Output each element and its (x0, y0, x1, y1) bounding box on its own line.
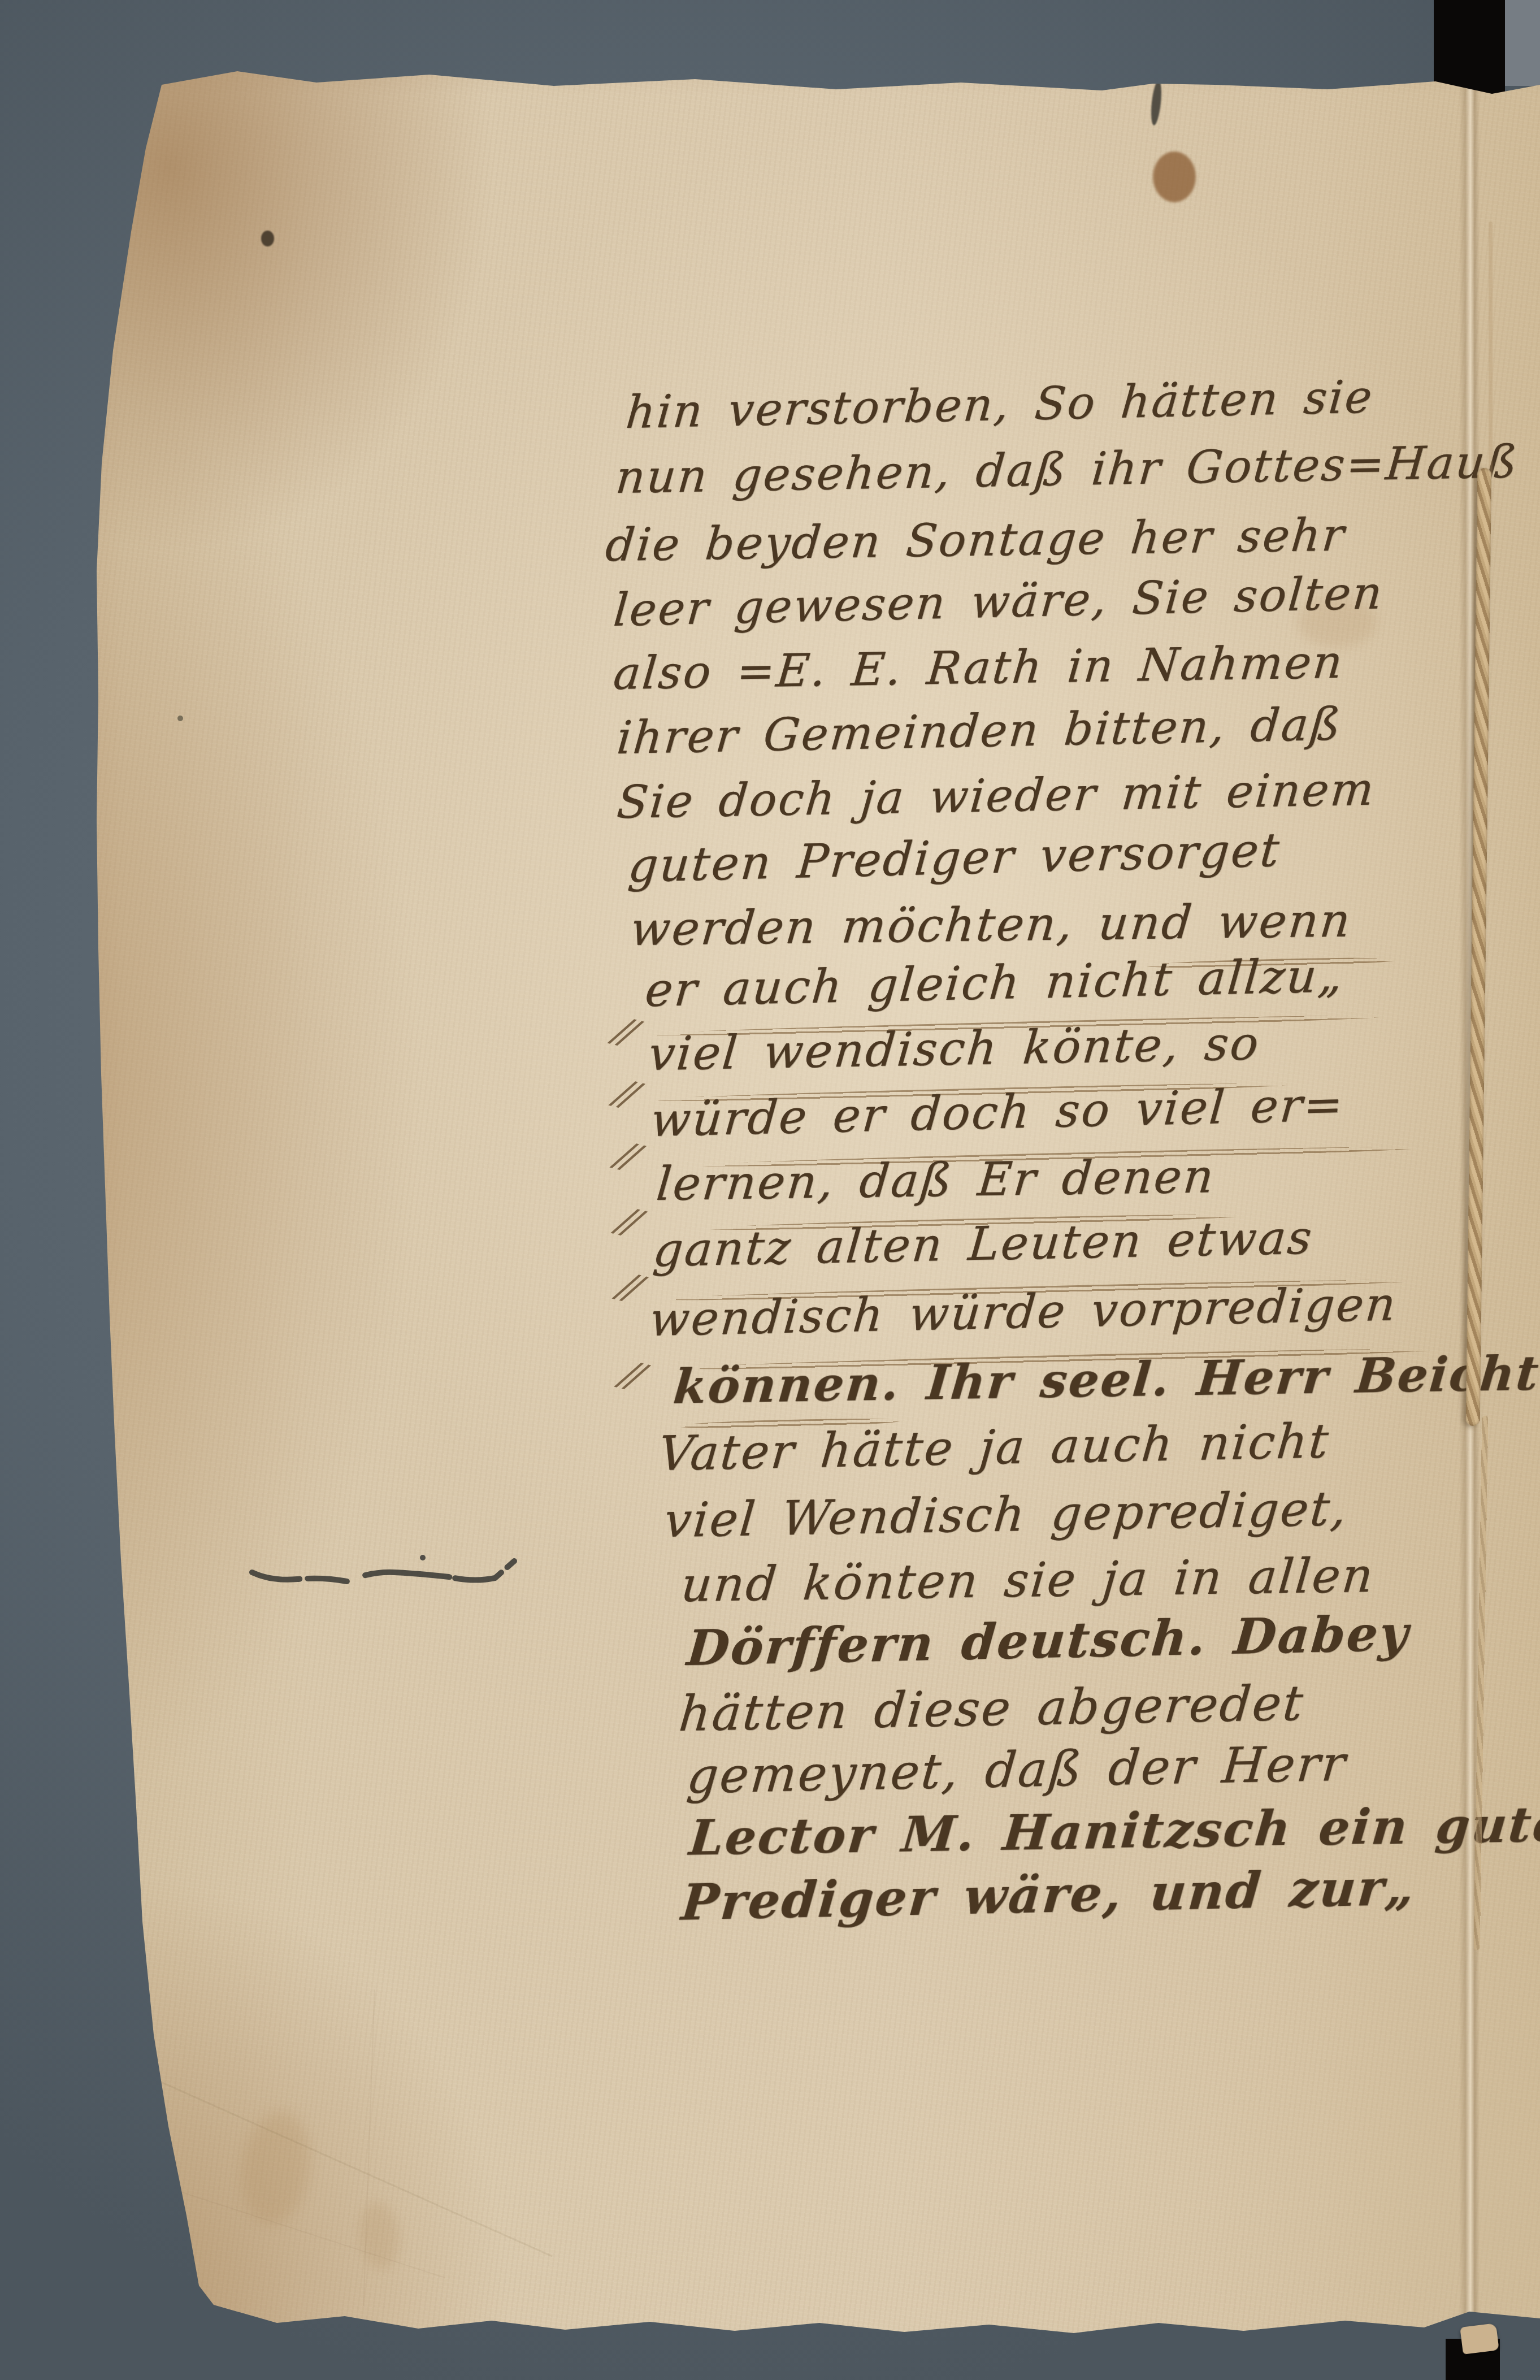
manuscript-line: Vater hätte ja auch nicht (657, 1417, 1331, 1477)
manuscript-line: würde er doch so viel er= (649, 1082, 1347, 1144)
manuscript-line: nun gesehen, daß ihr Gottes=Hauß (614, 439, 1520, 500)
margin-revision-mark: // (610, 1134, 642, 1177)
edge-ink-drip (1149, 80, 1163, 125)
manuscript-line: also =E. E. Rath in Nahmen (611, 640, 1346, 696)
manuscript-line: guten Prediger versorget (627, 827, 1283, 890)
scan-background: //////////// hin verstorben, So hätten s… (0, 0, 1540, 2380)
margin-revision-mark: // (611, 1200, 643, 1242)
small-speck (177, 716, 183, 721)
manuscript-line: werden möchten, und wenn (628, 898, 1354, 953)
manuscript-line: er auch gleich nicht allzu„ (644, 953, 1346, 1014)
manuscript-line: können. Ihr seel. Herr Beicht= (671, 1349, 1540, 1411)
manuscript-line: wendisch würde vorpredigen (648, 1281, 1399, 1343)
manuscript-page: //////////// hin verstorben, So hätten s… (0, 0, 1540, 2380)
margin-revision-mark: // (612, 1265, 644, 1308)
small-speck (194, 2292, 201, 2299)
margin-revision-mark: // (609, 1072, 641, 1115)
manuscript-line: viel wendisch könte, so (647, 1021, 1261, 1078)
manuscript-line: leer gewesen wäre, Sie solten (612, 570, 1386, 633)
manuscript-line: Dörffern deutsch. Dabey (685, 1609, 1411, 1673)
corner-fold-crease (176, 2190, 445, 2278)
corner-fold-crease (159, 2081, 553, 2257)
background-strip-top-right (1505, 0, 1540, 86)
manuscript-line: lernen, daß Er denen (654, 1154, 1217, 1208)
manuscript-line: hin verstorben, So hätten sie (624, 374, 1376, 435)
manuscript-line: gemeynet, daß der Herr (685, 1740, 1348, 1801)
manuscript-line: hätten diese abgeredet (677, 1679, 1306, 1739)
manuscript-line: Prediger wäre, und zur„ (679, 1862, 1418, 1927)
black-binding-band-top (1434, 0, 1505, 96)
foxing-blotch (235, 2108, 318, 2229)
page-corner-tab (1460, 2323, 1499, 2354)
wormhole-dot (261, 231, 274, 246)
manuscript-line: gantz alten Leuten etwas (651, 1215, 1315, 1274)
manuscript-line: Lector M. Hanitzsch ein guter (687, 1800, 1540, 1863)
binding-thread-wisp (1489, 222, 1493, 476)
manuscript-line: die beyden Sontage her sehr (604, 513, 1347, 568)
brown-ink-stain (1153, 151, 1196, 202)
manuscript-line: ihrer Gemeinden bitten, daß (615, 701, 1344, 761)
manuscript-line: viel Wendisch geprediget, (662, 1485, 1350, 1544)
manuscript-line: und könten sie ja in allen (679, 1551, 1377, 1609)
margin-revision-mark: // (608, 1010, 640, 1052)
margin-revision-mark: // (614, 1354, 647, 1396)
manuscript-line: Sie doch ja wieder mit einem (615, 767, 1377, 826)
